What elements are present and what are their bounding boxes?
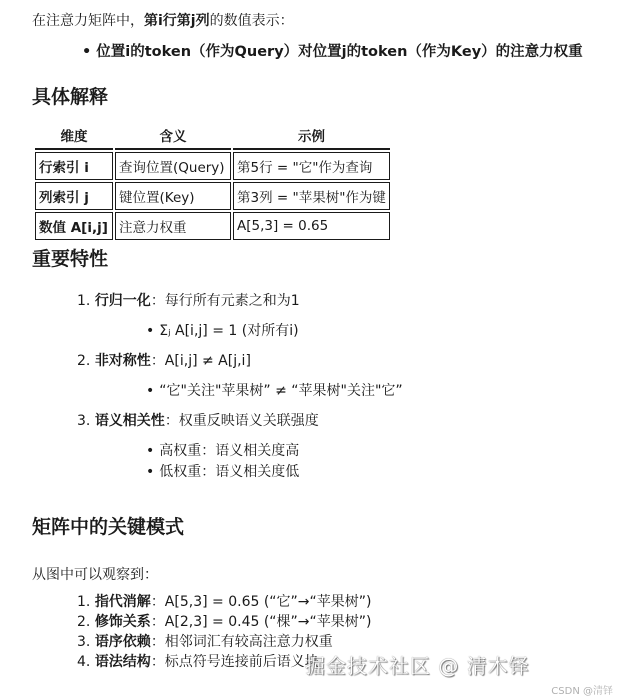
list-text: ：A[2,3] = 0.45 (“棵”→“苹果树”) <box>151 614 372 630</box>
dimension-table: 维度 含义 示例 行索引 i 查询位置(Query) 第5行 = "它"作为查询… <box>33 120 392 242</box>
sub-list-item: “它"关注"苹果树” ≠ “苹果树"关注"它” <box>146 380 403 400</box>
intro-prefix: 在注意力矩阵中， <box>32 13 144 29</box>
table-cell: 数值 A[i,j] <box>35 212 113 240</box>
list-text: ：A[i,j] ≠ A[j,i] <box>151 353 251 369</box>
section-title-patterns: 矩阵中的关键模式 <box>32 512 184 539</box>
list-label: 语义相关性 <box>95 413 165 429</box>
intro-suffix: 的数值表示： <box>210 13 294 29</box>
section-title-properties: 重要特性 <box>32 244 108 271</box>
intro-bullet: 位置i的token（作为Query）对位置j的token（作为Key）的注意力权… <box>82 40 583 61</box>
list-number: 1. <box>77 293 90 309</box>
table-row: 行索引 i 查询位置(Query) 第5行 = "它"作为查询 <box>35 152 390 180</box>
csdn-watermark: CSDN @清铎 <box>551 682 613 696</box>
sub-list-item: Σⱼ A[i,j] = 1 (对所有i) <box>146 320 299 340</box>
list-item: 3. 语序依赖：相邻词汇有较高注意力权重 <box>77 633 333 653</box>
table-header: 含义 <box>115 122 231 150</box>
list-number: 2. <box>77 353 90 369</box>
list-text: ：标点符号连接前后语义块 <box>151 654 319 670</box>
list-number: 4. <box>77 654 90 670</box>
table-cell: 键位置(Key) <box>115 182 231 210</box>
list-item: 3. 语义相关性：权重反映语义关联强度 <box>77 410 319 430</box>
watermark: 掘金技术社区 @ 清木铎 <box>305 650 530 679</box>
table-cell: 查询位置(Query) <box>115 152 231 180</box>
list-item: 4. 语法结构：标点符号连接前后语义块 <box>77 653 319 673</box>
list-number: 2. <box>77 614 90 630</box>
list-label: 语法结构 <box>95 654 151 670</box>
table-row: 数值 A[i,j] 注意力权重 A[5,3] = 0.65 <box>35 212 390 240</box>
list-item: 2. 修饰关系：A[2,3] = 0.45 (“棵”→“苹果树”) <box>77 613 372 633</box>
list-label: 修饰关系 <box>95 614 151 630</box>
table-header: 维度 <box>35 122 113 150</box>
table-cell: 第5行 = "它"作为查询 <box>233 152 390 180</box>
intro-paragraph: 在注意力矩阵中，第i行第j列的数值表示： <box>32 10 294 30</box>
list-number: 1. <box>77 594 90 610</box>
list-text: ：权重反映语义关联强度 <box>165 413 319 429</box>
table-header: 示例 <box>233 122 390 150</box>
table-cell: 行索引 i <box>35 152 113 180</box>
list-label: 非对称性 <box>95 353 151 369</box>
table-cell: A[5,3] = 0.65 <box>233 212 390 240</box>
list-item: 2. 非对称性：A[i,j] ≠ A[j,i] <box>77 350 251 370</box>
list-item: 1. 指代消解：A[5,3] = 0.65 (“它”→“苹果树”) <box>77 593 372 613</box>
table-cell: 注意力权重 <box>115 212 231 240</box>
list-text: ：A[5,3] = 0.65 (“它”→“苹果树”) <box>151 594 372 610</box>
sub-list-item: 低权重：语义相关度低 <box>146 461 299 481</box>
table-row: 列索引 j 键位置(Key) 第3列 = "苹果树"作为键 <box>35 182 390 210</box>
observe-text: 从图中可以观察到： <box>32 564 158 584</box>
list-label: 行归一化 <box>95 293 151 309</box>
intro-bold: 第i行第j列 <box>144 13 210 29</box>
list-number: 3. <box>77 413 90 429</box>
list-text: ：相邻词汇有较高注意力权重 <box>151 634 333 650</box>
list-number: 3. <box>77 634 90 650</box>
table-cell: 列索引 j <box>35 182 113 210</box>
section-title-explain: 具体解释 <box>32 82 108 109</box>
table-cell: 第3列 = "苹果树"作为键 <box>233 182 390 210</box>
list-label: 语序依赖 <box>95 634 151 650</box>
sub-list-item: 高权重：语义相关度高 <box>146 440 299 460</box>
list-label: 指代消解 <box>95 594 151 610</box>
list-item: 1. 行归一化：每行所有元素之和为1 <box>77 290 300 310</box>
list-text: ：每行所有元素之和为1 <box>151 293 300 309</box>
